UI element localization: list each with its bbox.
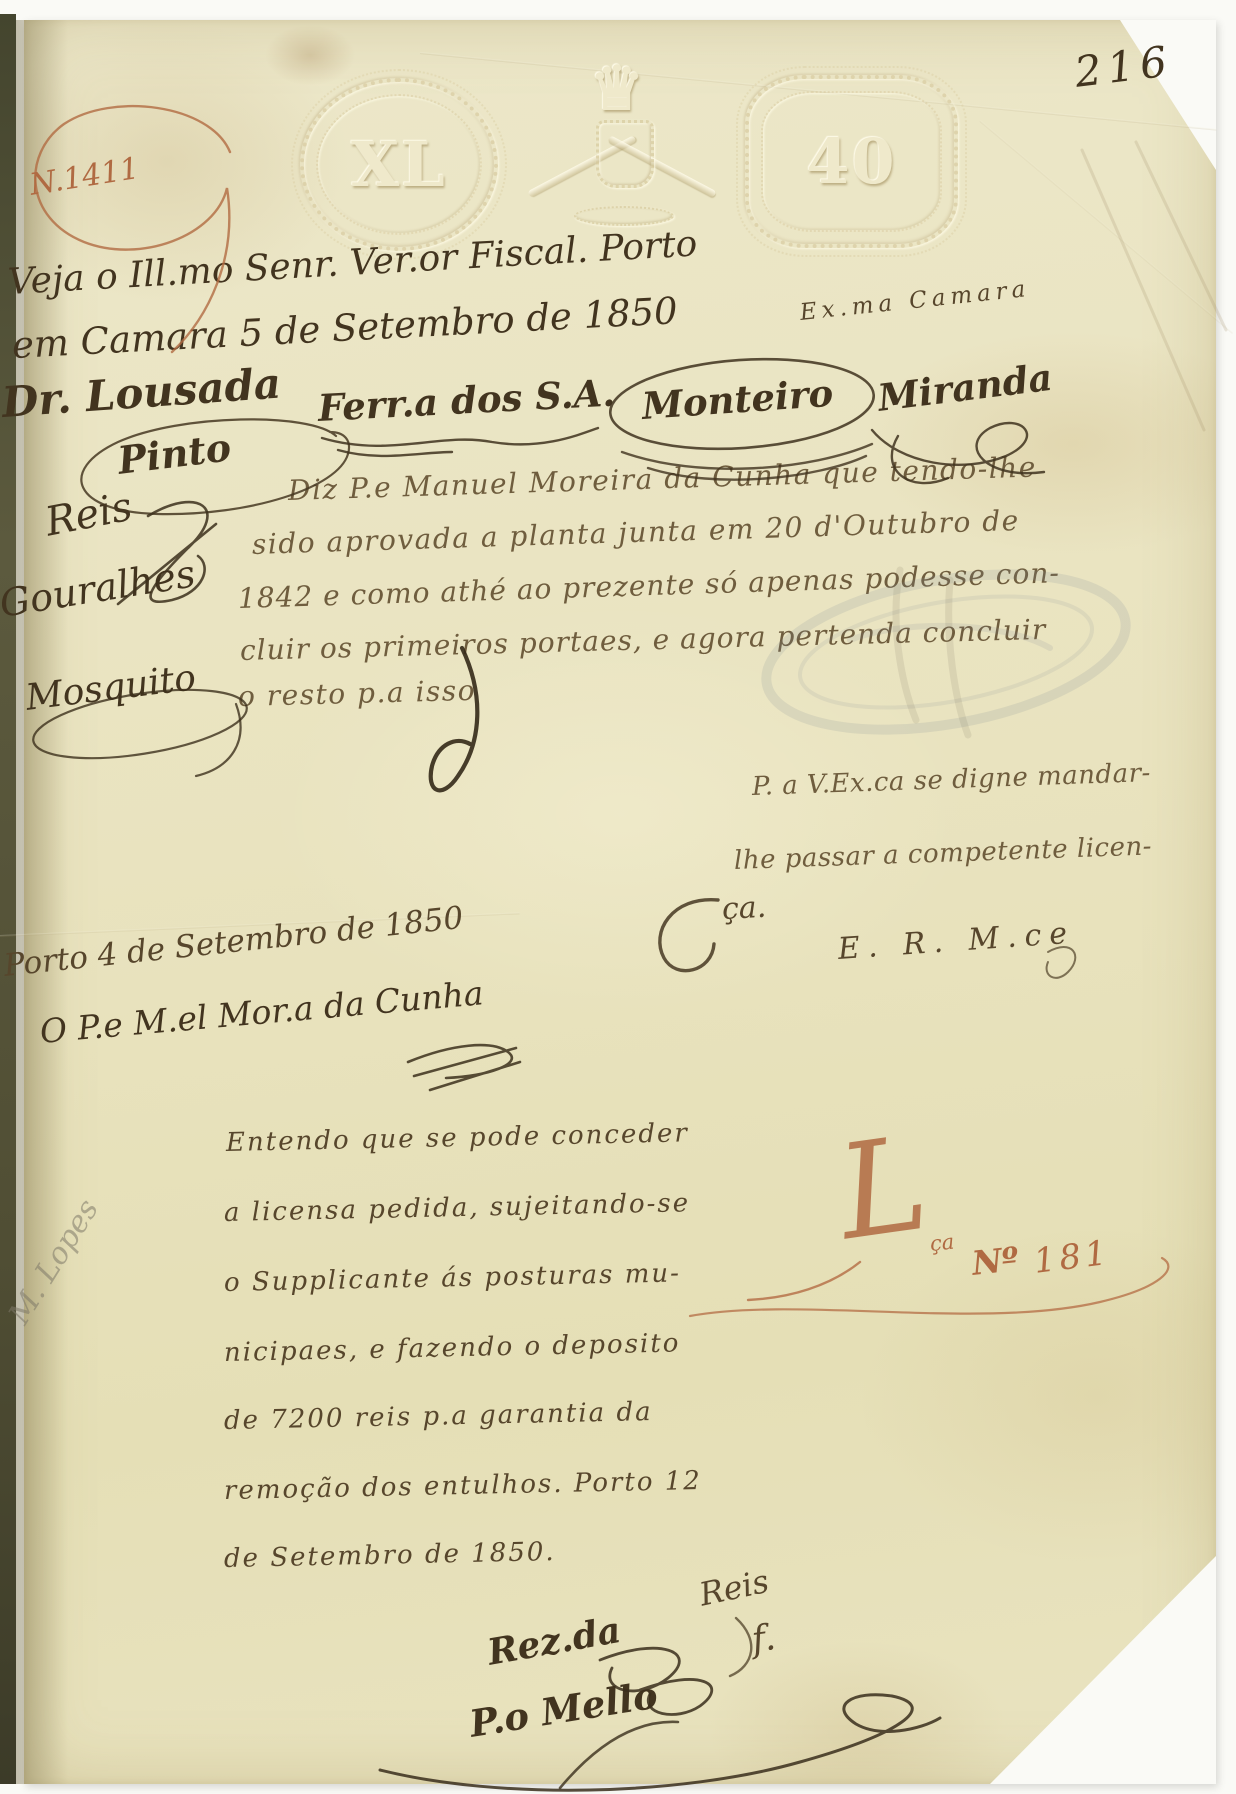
stamp-inner-ring bbox=[761, 91, 942, 232]
petition-line: o resto p.a isso bbox=[238, 674, 477, 713]
embossed-tax-stamp-right: 40 bbox=[745, 75, 958, 248]
wreath-base-icon bbox=[574, 206, 674, 226]
stamp-inner-ring bbox=[316, 94, 482, 235]
crown-icon: ♛ bbox=[590, 54, 644, 124]
embossed-tax-stamp-left: XL bbox=[300, 78, 498, 251]
manuscript-scan: XL ♛ 40 216 N.1411 Veja o Ill.mo Senr. V… bbox=[0, 0, 1236, 1794]
license-superscript: ça bbox=[929, 1230, 956, 1256]
license-label: Nº bbox=[970, 1239, 1020, 1283]
prayer-line: ça. bbox=[721, 890, 767, 927]
shield-icon bbox=[596, 120, 654, 188]
